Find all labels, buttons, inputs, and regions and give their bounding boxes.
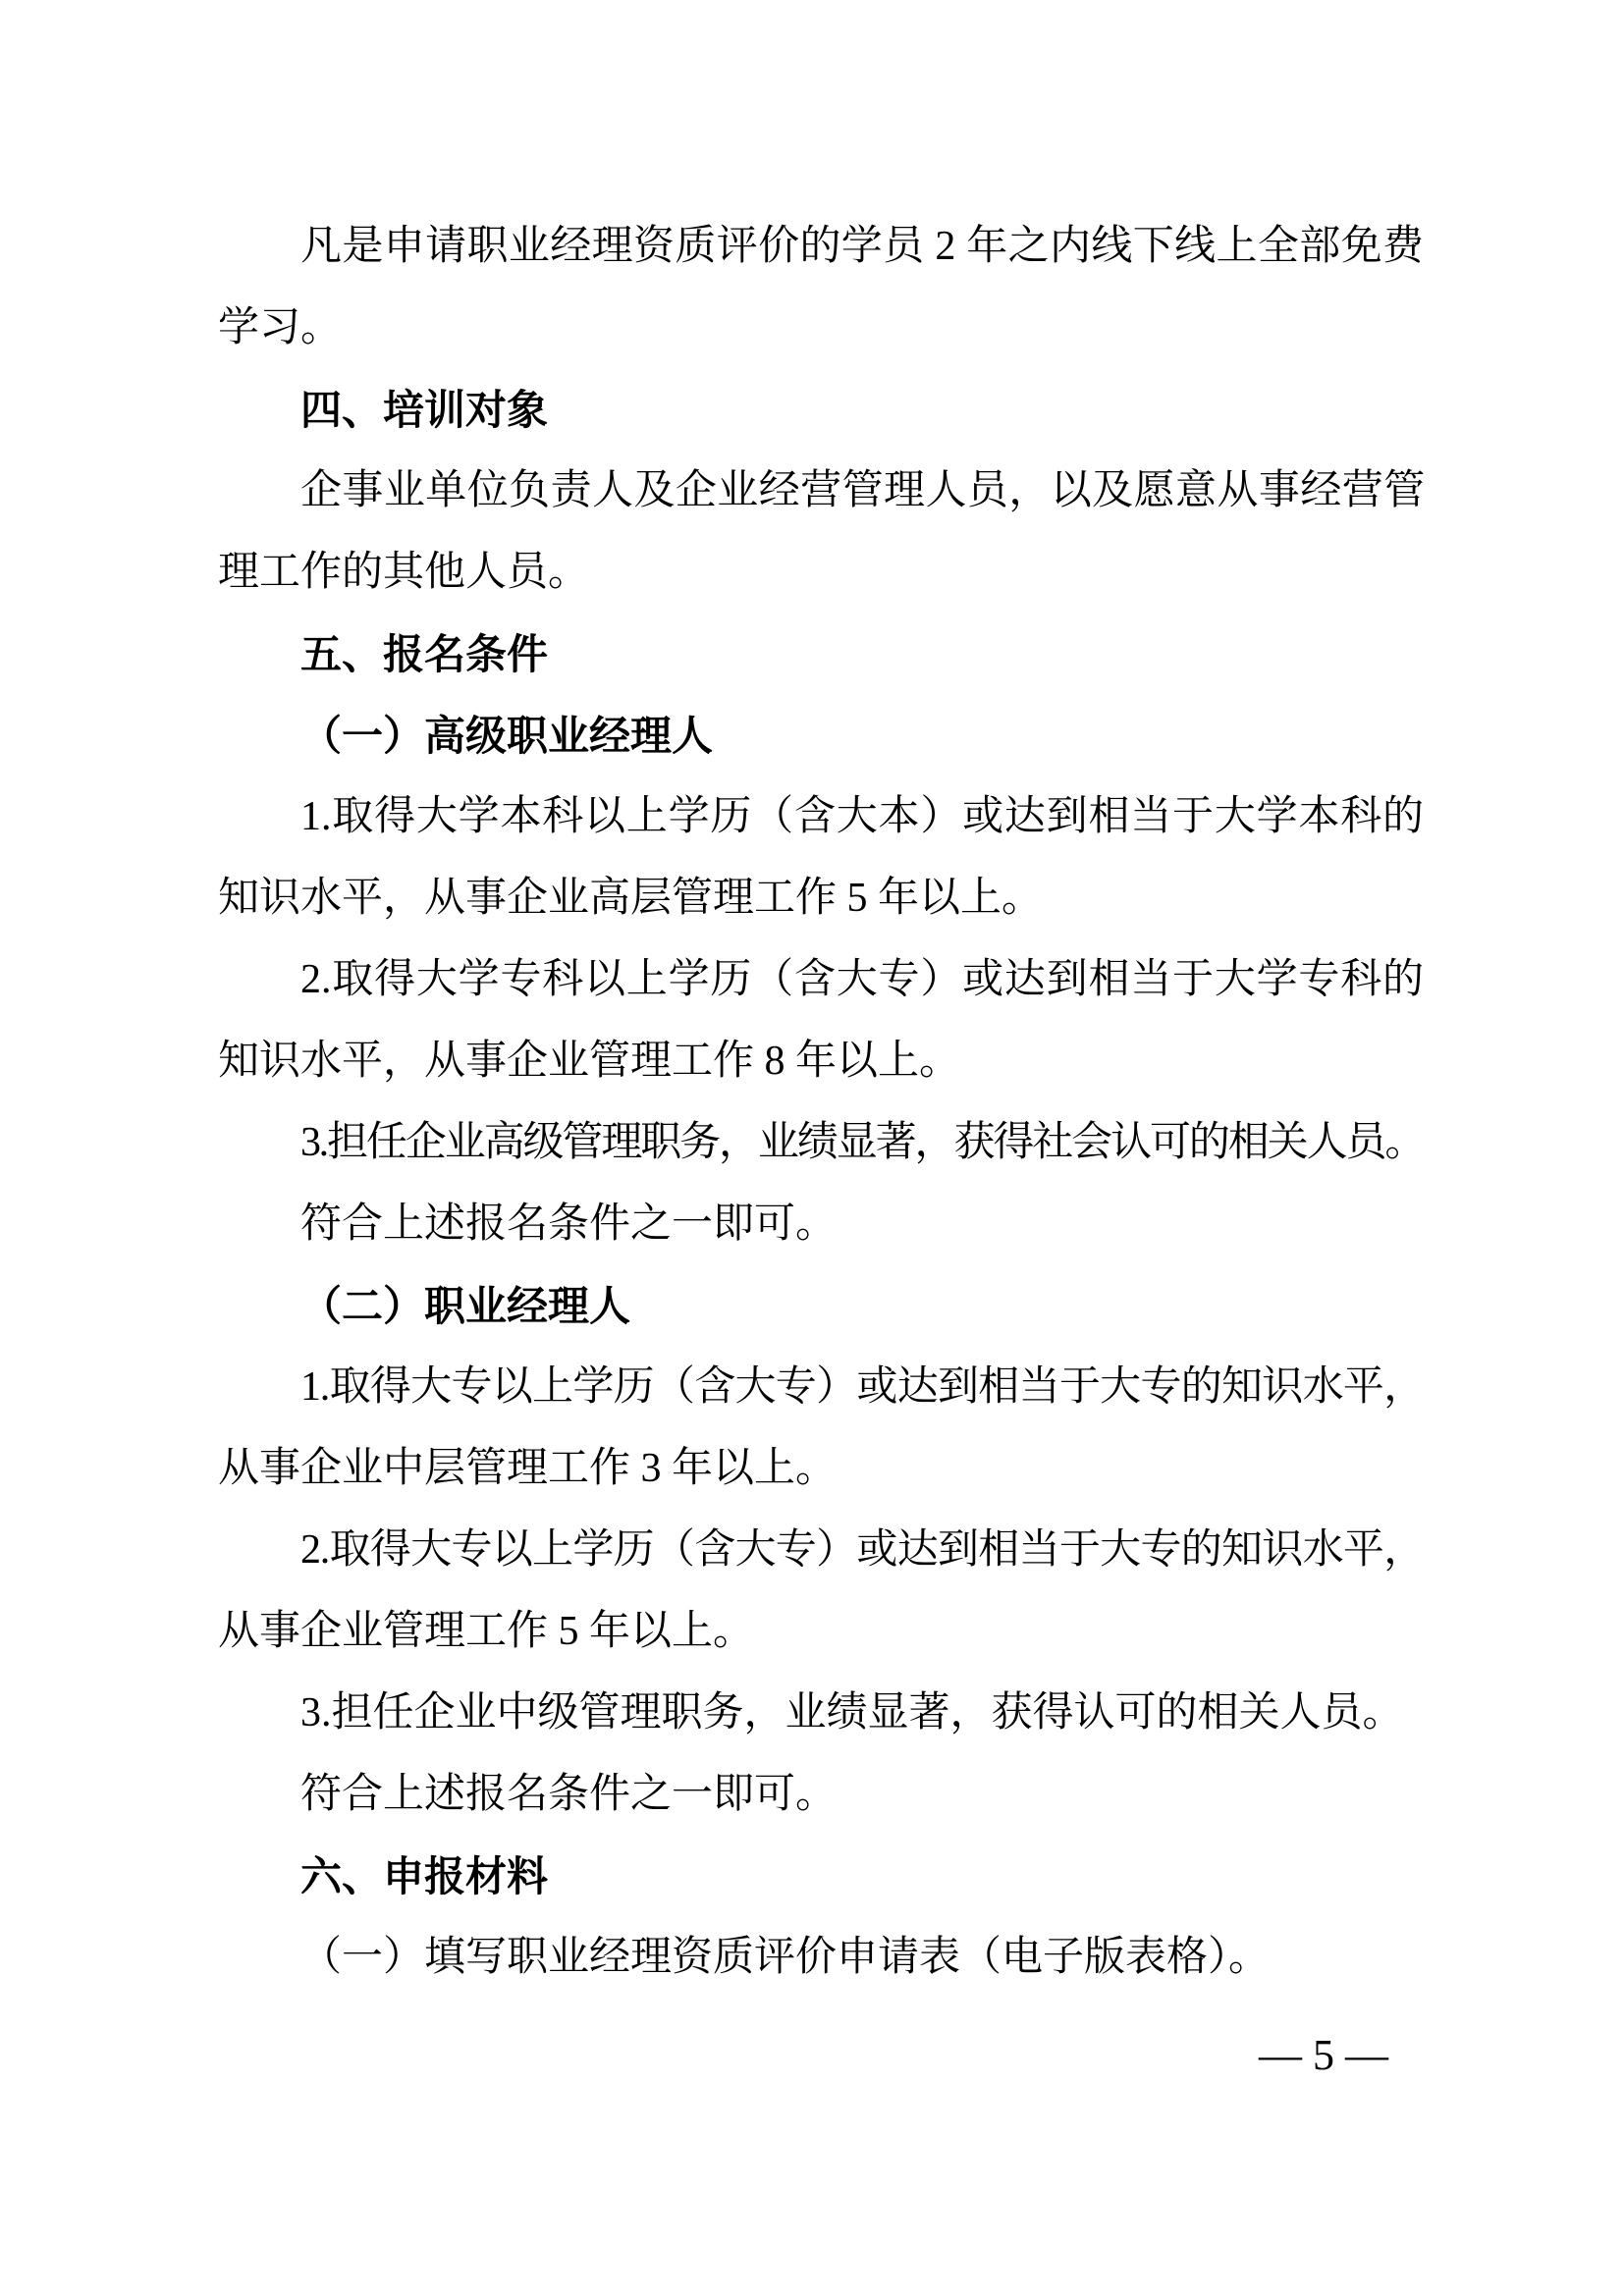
body-line: 符合上述报名条件之一即可。 (218, 1754, 1424, 1836)
document-body: 凡是申请职业经理资质评价的学员 2 年之内线下线上全部免费 学习。 四、培训对象… (218, 206, 1424, 1999)
body-line: （一）填写职业经理资质评价申请表（电子版表格）。 (218, 1917, 1424, 1999)
body-line: 从事企业中层管理工作 3 年以上。 (218, 1428, 1424, 1510)
body-line: 凡是申请职业经理资质评价的学员 2 年之内线下线上全部免费 (218, 206, 1424, 288)
body-line: 2.取得大学专科以上学历（含大专）或达到相当于大学专科的 (218, 939, 1424, 1021)
section-heading: 六、申报材料 (218, 1836, 1424, 1917)
body-line: 符合上述报名条件之一即可。 (218, 1184, 1424, 1265)
body-line: 1.取得大学本科以上学历（含大本）或达到相当于大学本科的 (218, 776, 1424, 858)
body-line: 企事业单位负责人及企业经营管理人员，以及愿意从事经营管 (218, 451, 1424, 532)
body-line: 2.取得大专以上学历（含大专）或达到相当于大专的知识水平， (218, 1510, 1424, 1591)
body-line: 学习。 (218, 288, 1424, 369)
body-line: 3.担任企业中级管理职务，业绩显著，获得认可的相关人员。 (218, 1673, 1424, 1754)
section-heading: 五、报名条件 (218, 614, 1424, 695)
section-heading: 四、培训对象 (218, 369, 1424, 451)
body-line: 理工作的其他人员。 (218, 532, 1424, 614)
sub-heading: （一）高级职业经理人 (218, 695, 1424, 776)
document-page: 凡是申请职业经理资质评价的学员 2 年之内线下线上全部免费 学习。 四、培训对象… (0, 0, 1624, 2296)
body-line: 1.取得大专以上学历（含大专）或达到相当于大专的知识水平， (218, 1347, 1424, 1428)
body-line: 3.担任企业高级管理职务，业绩显著，获得社会认可的相关人员。 (218, 1102, 1424, 1184)
page-number: — 5 — (1259, 2034, 1388, 2077)
body-line: 从事企业管理工作 5 年以上。 (218, 1591, 1424, 1673)
sub-heading: （二）职业经理人 (218, 1265, 1424, 1347)
body-line: 知识水平，从事企业高层管理工作 5 年以上。 (218, 858, 1424, 939)
body-line: 知识水平，从事企业管理工作 8 年以上。 (218, 1021, 1424, 1102)
